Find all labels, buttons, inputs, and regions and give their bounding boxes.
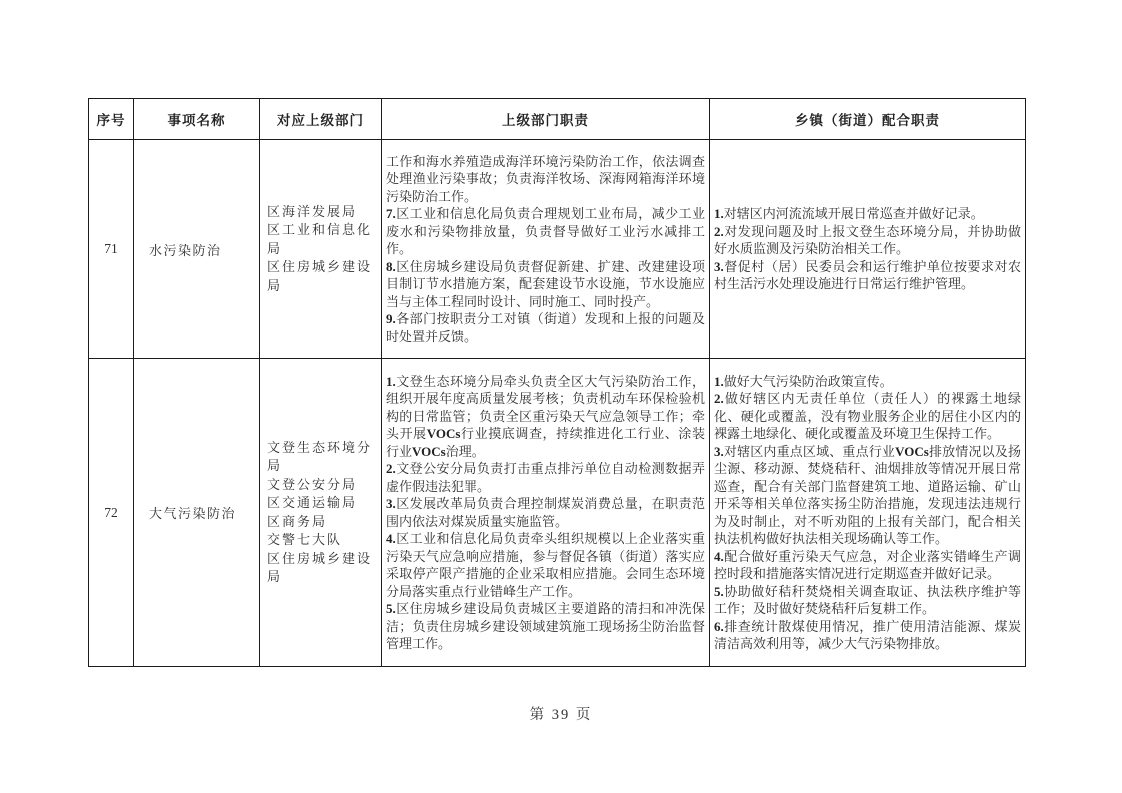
cell-superior-duties: 1.文登生态环境分局牵头负责全区大气污染防治工作，组织开展年度高质量发展考核；负… (382, 359, 710, 667)
department-line: 交警七大队 (267, 531, 378, 550)
column-header-item-name: 事项名称 (134, 99, 260, 140)
duty-item: 工作和海水养殖造成海洋环境污染防治工作，依法调查处理渔业污染事故；负责海洋牧场、… (386, 153, 705, 206)
duty-item: 1.做好大气污染防治政策宣传。 (714, 373, 1021, 391)
duty-item: 4.区工业和信息化局负责牵头组织规模以上企业落实重污染天气应急响应措施，参与督促… (386, 530, 705, 600)
duty-item: 5.协助做好秸秆焚烧相关调查取证、执法秩序维护等工作；及时做好焚烧秸秆后复耕工作… (714, 583, 1021, 618)
duty-item: 4.配合做好重污染天气应急，对企业落实错峰生产调控时段和措施落实情况进行定期巡查… (714, 548, 1021, 583)
duty-item: 1.对辖区内河流流域开展日常巡查并做好记录。 (714, 205, 1021, 223)
cell-superior-duties: 工作和海水养殖造成海洋环境污染防治工作，依法调查处理渔业污染事故；负责海洋牧场、… (382, 140, 710, 359)
table-row: 71 水污染防治 区海洋发展局区工业和信息化局区住房城乡建设局 工作和海水养殖造… (89, 140, 1026, 359)
column-header-serial: 序号 (89, 99, 134, 140)
department-line: 文登公安分局 (267, 476, 378, 495)
responsibility-matrix-table: 序号 事项名称 对应上级部门 上级部门职责 乡镇（街道）配合职责 71 水污染防… (88, 98, 1026, 667)
cell-serial-number: 72 (89, 359, 134, 667)
department-line: 区交通运输局 (267, 494, 378, 513)
cell-township-duties: 1.做好大气污染防治政策宣传。2.做好辖区内无责任单位（责任人）的裸露土地绿化、… (710, 359, 1026, 667)
department-line: 区商务局 (267, 513, 378, 532)
cell-item-name: 大气污染防治 (134, 359, 260, 667)
column-header-superior-duties: 上级部门职责 (382, 99, 710, 140)
column-header-township-duties: 乡镇（街道）配合职责 (710, 99, 1026, 140)
department-line: 区工业和信息化局 (267, 221, 378, 258)
department-line: 区海洋发展局 (267, 203, 378, 222)
duty-item: 1.文登生态环境分局牵头负责全区大气污染防治工作，组织开展年度高质量发展考核；负… (386, 373, 705, 461)
duty-item: 3.区发展改革局负责合理控制煤炭消费总量，在职责范围内依法对煤炭质量实施监管。 (386, 495, 705, 530)
duty-item: 9.各部门按职责分工对镇（街道）发现和上报的问题及时处置并反馈。 (386, 310, 705, 345)
column-header-superior-department: 对应上级部门 (260, 99, 382, 140)
cell-serial-number: 71 (89, 140, 134, 359)
duty-item: 2.文登公安分局负责打击重点排污单位自动检测数据弄虚作假违法犯罪。 (386, 460, 705, 495)
department-line: 区住房城乡建设局 (267, 550, 378, 587)
header-row: 序号 事项名称 对应上级部门 上级部门职责 乡镇（街道）配合职责 (89, 99, 1026, 140)
cell-superior-departments: 文登生态环境分局文登公安分局区交通运输局区商务局交警七大队区住房城乡建设局 (260, 359, 382, 667)
duty-item: 3.督促村（居）民委员会和运行维护单位按要求对农村生活污水处理设施进行日常运行维… (714, 258, 1021, 293)
cell-superior-departments: 区海洋发展局区工业和信息化局区住房城乡建设局 (260, 140, 382, 359)
duty-item: 5.区住房城乡建设局负责城区主要道路的清扫和冲洗保洁；负责住房城乡建设领域建筑施… (386, 600, 705, 653)
duty-item: 2.做好辖区内无责任单位（责任人）的裸露土地绿化、硬化或覆盖，没有物业服务企业的… (714, 390, 1021, 443)
department-line: 区住房城乡建设局 (267, 258, 378, 295)
duty-item: 8.区住房城乡建设局负责督促新建、扩建、改建建设项目制订节水措施方案，配套建设节… (386, 258, 705, 311)
page-number: 第 39 页 (0, 703, 1122, 724)
duty-item: 7.区工业和信息化局负责合理规划工业布局，减少工业废水和污染物排放量，负责督导做… (386, 205, 705, 258)
cell-township-duties: 1.对辖区内河流流域开展日常巡查并做好记录。2.对发现问题及时上报文登生态环境分… (710, 140, 1026, 359)
document-page: 序号 事项名称 对应上级部门 上级部门职责 乡镇（街道）配合职责 71 水污染防… (0, 0, 1122, 793)
table-row: 72 大气污染防治 文登生态环境分局文登公安分局区交通运输局区商务局交警七大队区… (89, 359, 1026, 667)
duty-item: 3.对辖区内重点区域、重点行业VOCs排放情况以及扬尘源、移动源、焚烧秸秆、油烟… (714, 443, 1021, 548)
cell-item-name: 水污染防治 (134, 140, 260, 359)
duty-item: 2.对发现问题及时上报文登生态环境分局，并协助做好水质监测及污染防治相关工作。 (714, 223, 1021, 258)
department-line: 文登生态环境分局 (267, 439, 378, 476)
duty-item: 6.排查统计散煤使用情况，推广使用清洁能源、煤炭清洁高效利用等，减少大气污染物排… (714, 618, 1021, 653)
